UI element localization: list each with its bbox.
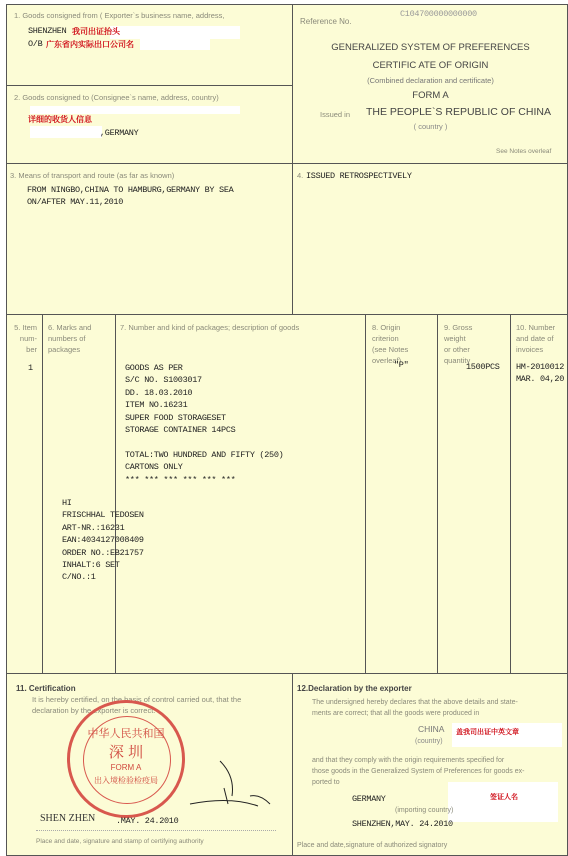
declaration-footer: Place and date,signature of authorized s… <box>297 840 447 851</box>
stamp-form: FORM A <box>70 763 182 772</box>
import-country: GERMANY <box>352 793 386 805</box>
header-subtitle: (Combined declaration and certificate) <box>293 76 568 85</box>
box3-label: 3. Means of transport and route (as far … <box>10 170 174 181</box>
issued-country: THE PEOPLE`S REPUBLIC OF CHINA <box>366 106 551 118</box>
invoice-number: HM-2010012 <box>516 361 564 373</box>
stamp-note: 盖我司出证中英文章 <box>456 727 519 737</box>
exporter-city: SHENZHEN <box>28 25 66 37</box>
certification-date: .MAY. 24.2010 <box>116 815 178 827</box>
production-country-label: (country) <box>415 738 443 745</box>
consignee-note: 详细的收货人信息 <box>28 114 92 125</box>
redacted-block <box>30 106 240 114</box>
col5-header: 5. Item num- ber <box>9 322 37 355</box>
signatory-note: 签证人名 <box>490 792 518 802</box>
notes-overleaf: See Notes overleaf <box>496 146 551 157</box>
goods-description: GOODS AS PER S/C NO. S1003017 DD. 18.03.… <box>125 362 283 486</box>
divider <box>36 830 276 831</box>
origin-criterion: "P" <box>394 359 408 371</box>
header-title: GENERALIZED SYSTEM OF PREFERENCES <box>293 42 568 53</box>
stamp-bureau-cn: 出入境检验检疫局 <box>70 775 182 786</box>
col9-header: 9. Gross weight or other quantity <box>444 322 472 366</box>
transport-route: FROM NINGBO,CHINA TO HAMBURG,GERMANY BY … <box>27 184 233 196</box>
col10-header: 10. Number and date of invoices <box>516 322 555 355</box>
issued-retrospectively: ISSUED RETROSPECTIVELY <box>306 170 412 182</box>
certification-footer: Place and date, signature and stamp of c… <box>36 836 204 847</box>
col7-header: 7. Number and kind of packages; descript… <box>120 322 299 333</box>
transport-date: ON/AFTER MAY.11,2010 <box>27 196 123 208</box>
header-certificate: CERTIFIC ATE OF ORIGIN <box>293 60 568 71</box>
stamp-city-cn: 深 圳 <box>70 741 182 762</box>
gross-quantity: 1500PCS <box>466 361 500 373</box>
certification-place: SHEN ZHEN <box>40 813 95 824</box>
invoice-date: MAR. 04,20 <box>516 373 564 385</box>
col5-item-number <box>6 315 43 674</box>
country-label: ( country ) <box>293 122 568 131</box>
declaration-place-date: SHENZHEN,MAY. 24.2010 <box>352 818 453 830</box>
production-country: CHINA <box>418 724 444 734</box>
item-number: 1 <box>28 362 33 374</box>
col6-header: 6. Marks and numbers of packages <box>48 322 91 355</box>
box2-label: 2. Goods consigned to (Consignee`s name,… <box>14 92 219 103</box>
certification-title: 11. Certification <box>16 684 76 693</box>
shipping-marks: HI FRISCHHAL TEDOSEN ART-NR.:16231 EAN:4… <box>62 497 144 584</box>
reference-label: Reference No. <box>300 16 352 27</box>
declaration-text1: The undersigned hereby declares that the… <box>312 697 518 719</box>
declaration-title: 12.Declaration by the exporter <box>297 684 412 693</box>
box4-official-use <box>293 164 568 315</box>
redacted-block <box>140 38 210 50</box>
box4-label: 4. <box>297 170 303 181</box>
consignee-country: ,GERMANY <box>100 127 138 139</box>
header-form: FORM A <box>293 90 568 101</box>
redacted-block <box>448 782 558 822</box>
box1-label: 1. Goods consigned from ( Exporter`s bus… <box>14 10 225 21</box>
signature-icon <box>180 756 280 816</box>
official-stamp: 中华人民共和国 深 圳 FORM A 出入境检验检疫局 <box>67 700 185 818</box>
redacted-block <box>30 126 102 138</box>
issued-label: Issued in <box>320 109 350 120</box>
exporter-ob: O/B <box>28 38 42 50</box>
reference-number: C104700000000000 <box>400 8 477 20</box>
stamp-top-cn: 中华人民共和国 <box>70 725 182 741</box>
import-country-label: (importing country) <box>395 805 453 816</box>
exporter-company-note: 广东省内实际出口公司名 <box>46 39 134 50</box>
col6-marks <box>43 315 116 674</box>
exporter-note: 我司出证抬头 <box>72 26 120 37</box>
